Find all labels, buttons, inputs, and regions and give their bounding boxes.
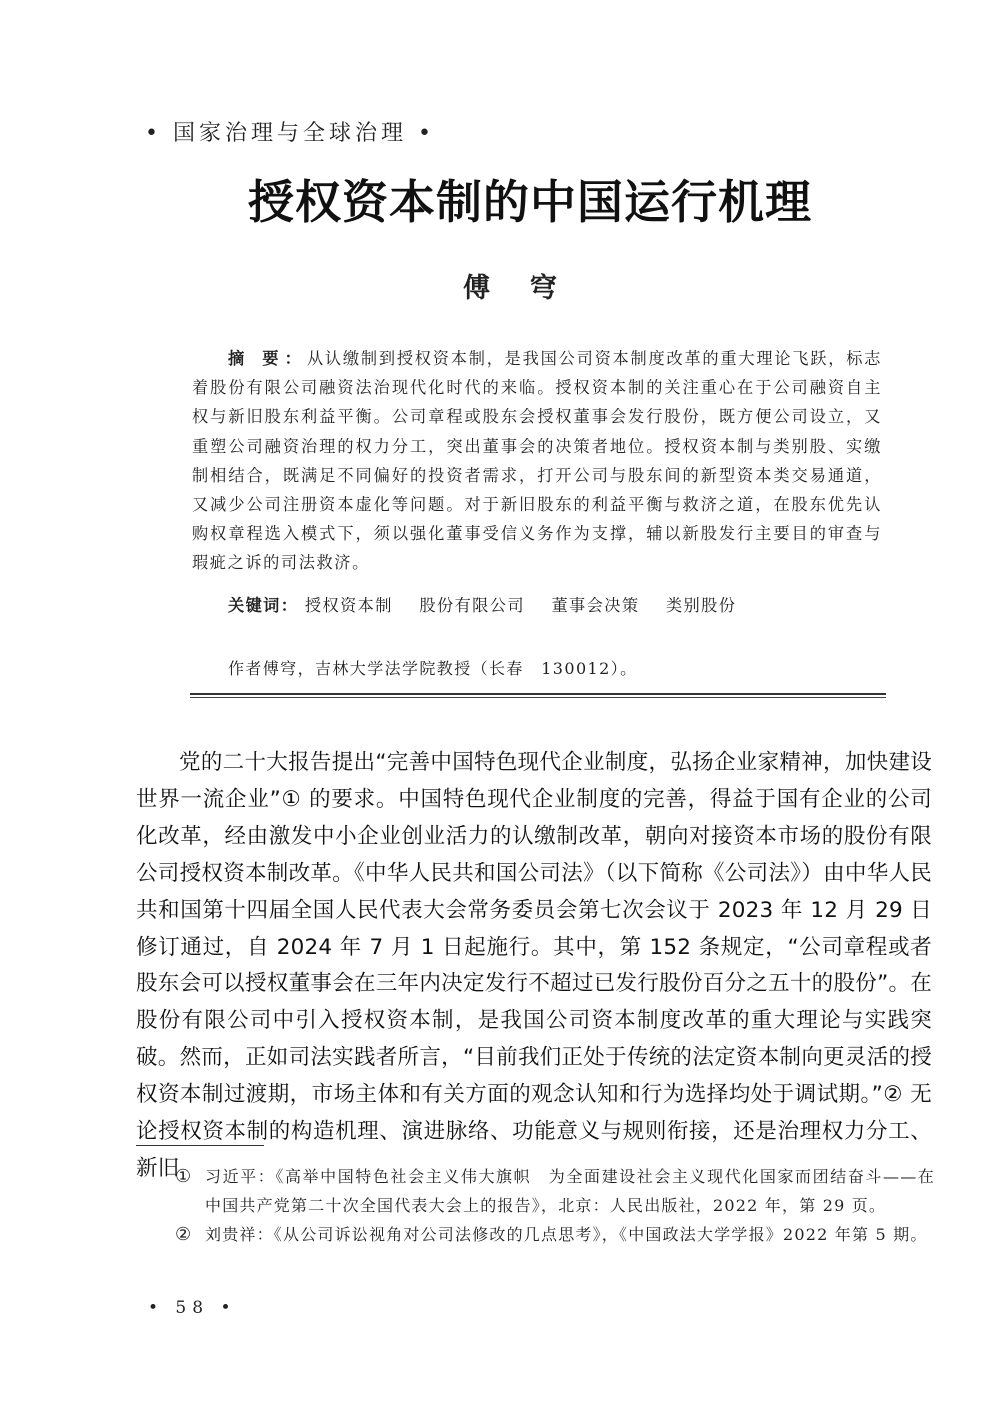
keyword: 董事会决策 (551, 596, 639, 615)
abstract: 摘 要：从认缴制到授权资本制，是我国公司资本制度改革的重大理论飞跃，标志着股份有… (192, 344, 882, 578)
keywords: 关键词： 授权资本制 股份有限公司 董事会决策 类别股份 (228, 592, 756, 616)
header-divider (190, 693, 886, 698)
keyword: 授权资本制 (305, 596, 393, 615)
page-number: • 58 • (148, 1298, 237, 1318)
footnote-text: 习近平：《高举中国特色社会主义伟大旗帜 为全面建设社会主义现代化国家而团结奋斗—… (205, 1162, 935, 1220)
footnote-marker: ① (175, 1162, 205, 1220)
author-name: 傅穹 (0, 266, 1002, 305)
footnotes: ① 习近平：《高举中国特色社会主义伟大旗帜 为全面建设社会主义现代化国家而团结奋… (175, 1162, 935, 1249)
keywords-label: 关键词： (228, 596, 298, 615)
footnote-1: ① 习近平：《高举中国特色社会主义伟大旗帜 为全面建设社会主义现代化国家而团结奋… (175, 1162, 935, 1220)
footnote-2: ② 刘贵祥：《从公司诉讼视角对公司法修改的几点思考》，《中国政法大学学报》202… (175, 1220, 935, 1249)
footnote-marker: ② (175, 1220, 205, 1249)
section-tag: • 国家治理与全球治理 • (145, 116, 435, 147)
keyword: 类别股份 (666, 596, 736, 615)
keyword: 股份有限公司 (419, 596, 525, 615)
abstract-text: 从认缴制到授权资本制，是我国公司资本制度改革的重大理论飞跃，标志着股份有限公司融… (192, 349, 882, 572)
footnote-divider (136, 1145, 264, 1146)
abstract-label: 摘 要： (228, 349, 307, 368)
body-paragraph: 党的二十大报告提出“完善中国特色现代企业制度，弘扬企业家精神，加快建设世界一流企… (136, 745, 932, 1188)
footnote-text: 刘贵祥：《从公司诉讼视角对公司法修改的几点思考》，《中国政法大学学报》2022 … (205, 1220, 935, 1249)
article-title: 授权资本制的中国运行机理 (0, 166, 1002, 232)
author-note: 作者傅穹，吉林大学法学院教授（长春 130012）。 (228, 656, 637, 679)
